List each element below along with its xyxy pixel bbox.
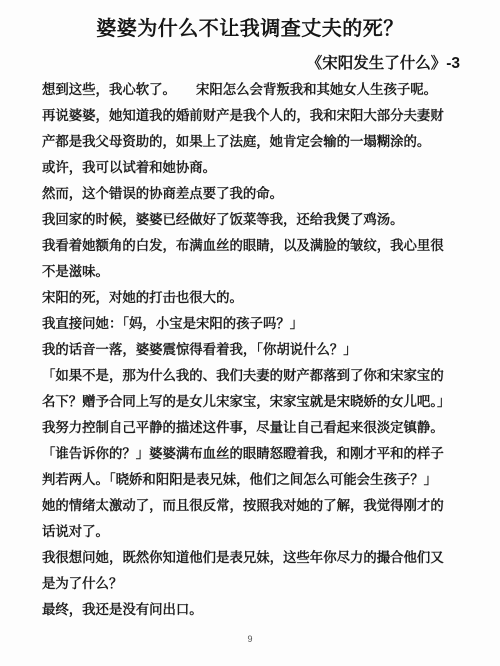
article-body: 想到这些，我心软了。 宋阳怎么会背叛我和其她女人生孩子呢。再说婆婆，她知道我的婚…	[42, 77, 466, 623]
page-title: 婆婆为什么不让我调查丈夫的死？	[0, 16, 500, 42]
paragraph: 或许，我可以试着和她协商。	[42, 155, 466, 181]
paragraph: 然而，这个错误的协商差点要了我的命。	[42, 181, 466, 207]
paragraph: 最终，我还是没有问出口。	[42, 597, 466, 623]
paragraph: 我的话音一落，婆婆震惊得看着我，「你胡说什么？」	[42, 337, 466, 363]
paragraph: 宋阳的死，对她的打击也很大的。	[42, 285, 466, 311]
paragraph: 我直接问她：「妈，小宝是宋阳的孩子吗？」	[42, 311, 466, 337]
series-subtitle: 《宋阳发生了什么》-3	[0, 54, 500, 74]
paragraph: 我回家的时候，婆婆已经做好了饭菜等我，还给我煲了鸡汤。	[42, 207, 466, 233]
page-number: 9	[0, 634, 500, 644]
paragraph: 「谁告诉你的？」婆婆满布血丝的眼睛怒瞪着我，和刚才平和的样子 判若两人。「晓娇和…	[42, 441, 466, 493]
paragraph: 我努力控制自己平静的描述这件事，尽量让自己看起来很淡定镇静。	[42, 415, 466, 441]
paragraph: 我看着她额角的白发，布满血丝的眼睛，以及满脸的皱纹，我心里很 不是滋味。	[42, 233, 466, 285]
paragraph: 再说婆婆，她知道我的婚前财产是我个人的，我和宋阳大部分夫妻财 产都是我父母资助的…	[42, 103, 466, 155]
paragraph: 「如果不是，那为什么我的、我们夫妻的财产都落到了你和宋家宝的 名下？赠予合同上写…	[42, 363, 466, 415]
paragraph: 她的情绪太激动了，而且很反常，按照我对她的了解，我觉得刚才的 话说对了。	[42, 493, 466, 545]
paragraph: 我很想问她，既然你知道他们是表兄妹，这些年你尽力的撮合他们又 是为了什么？	[42, 545, 466, 597]
paragraph: 想到这些，我心软了。 宋阳怎么会背叛我和其她女人生孩子呢。	[42, 77, 466, 103]
article-page: 婆婆为什么不让我调查丈夫的死？ 《宋阳发生了什么》-3 想到这些，我心软了。 宋…	[0, 0, 500, 666]
